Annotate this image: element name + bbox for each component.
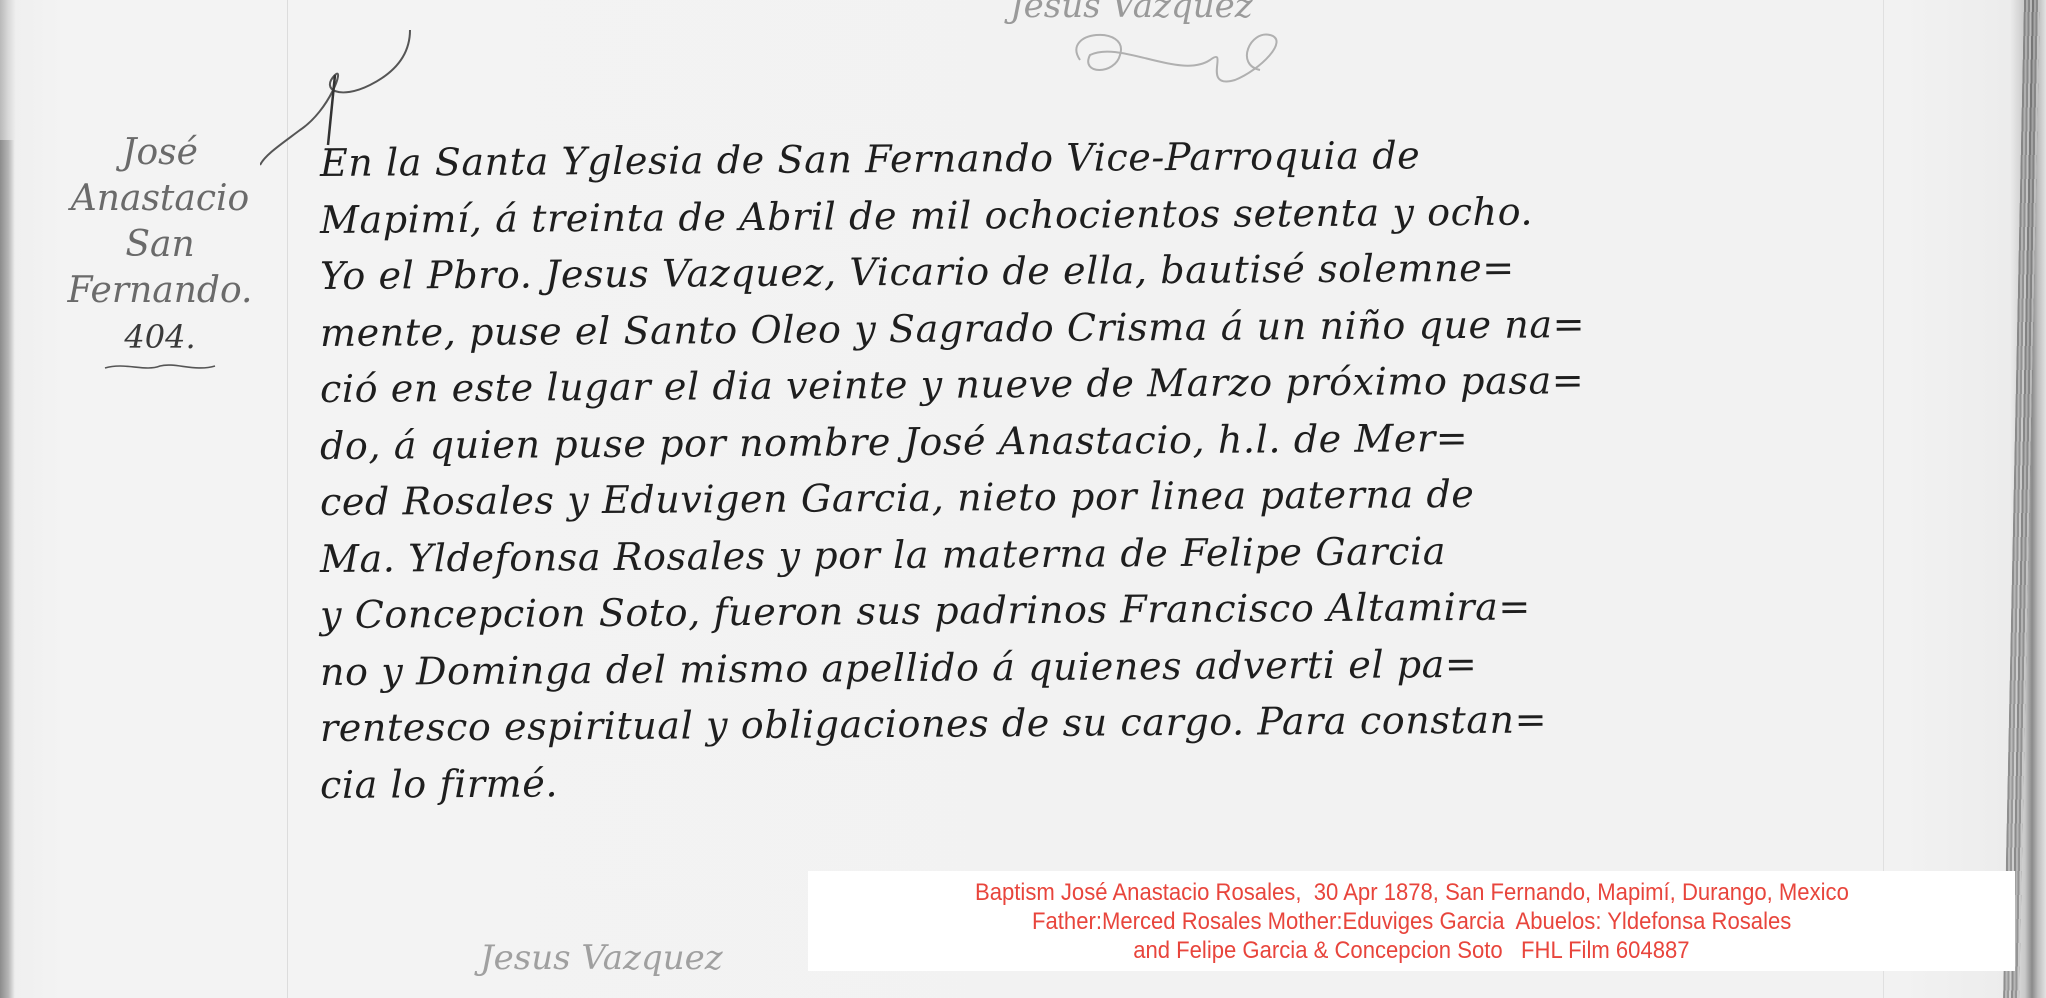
record-line: cia lo firmé. xyxy=(320,747,1740,813)
caption-line-title: Baptism José Anastacio Rosales, 30 Apr 1… xyxy=(975,878,1849,907)
flourish-ornament-top xyxy=(1060,20,1320,100)
caption-overlay: Baptism José Anastacio Rosales, 30 Apr 1… xyxy=(808,871,2015,971)
margin-note-line: Fernando. xyxy=(40,268,280,314)
record-line: do, á quien puse por nombre José Anastac… xyxy=(320,408,1740,474)
record-line: Yo el Pbro. Jesus Vazquez, Vicario de el… xyxy=(320,238,1740,304)
record-line: mente, puse el Santo Oleo y Sagrado Cris… xyxy=(320,295,1740,361)
document-scan: Jesus Vazquez José Anastacio San Fernand… xyxy=(0,0,2046,998)
entry-number-underline-flourish xyxy=(100,360,220,374)
left-page-binding xyxy=(0,140,14,998)
margin-note-line: José xyxy=(40,130,280,176)
entry-number: 404. xyxy=(40,314,280,360)
record-line: y Concepcion Soto, fueron sus padrinos F… xyxy=(320,577,1740,643)
margin-note: José Anastacio San Fernando. 404. xyxy=(40,130,280,374)
caption-line-parents: Father:Merced Rosales Mother:Eduviges Ga… xyxy=(1032,907,1791,936)
margin-note-line: Anastacio xyxy=(40,176,280,222)
record-line: rentesco espiritual y obligaciones de su… xyxy=(320,690,1740,756)
record-line: ced Rosales y Eduvigen Garcia, nieto por… xyxy=(320,464,1740,530)
record-line: En la Santa Yglesia de San Fernando Vice… xyxy=(320,125,1740,191)
record-line: Mapimí, á treinta de Abril de mil ochoci… xyxy=(320,182,1740,248)
record-line: ció en este lugar el dia veinte y nueve … xyxy=(320,351,1740,417)
right-margin-rule xyxy=(1883,0,1884,998)
caption-line-grandparents-film: and Felipe Garcia & Concepcion Soto FHL … xyxy=(1133,936,1689,965)
record-line: no y Dominga del mismo apellido á quiene… xyxy=(320,634,1740,700)
priest-signature: Jesus Vazquez xyxy=(480,938,723,978)
margin-note-line: San xyxy=(40,222,280,268)
baptism-record-body: En la Santa Yglesia de San Fernando Vice… xyxy=(320,135,1740,813)
record-line: Ma. Yldefonsa Rosales y por la materna d… xyxy=(320,521,1740,587)
book-spine-edge xyxy=(2003,0,2040,998)
